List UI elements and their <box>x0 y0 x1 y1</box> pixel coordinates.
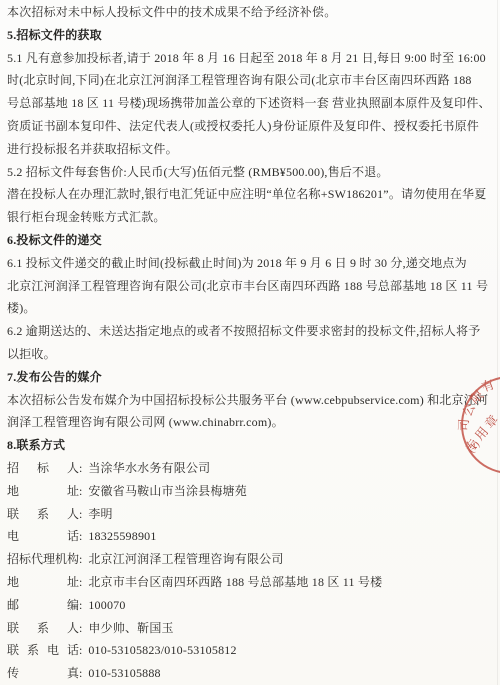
contact-colon: : <box>79 662 82 685</box>
contact-row-address: 地址:安徽省马鞍山市当涂县梅塘苑 <box>7 480 488 503</box>
doc-line: 银行柜台现金转账方式汇款。 <box>7 206 488 229</box>
doc-line: 号总部基地 18 区 11 号楼)现场携带加盖公章的下述资料一套 营业执照副本原… <box>7 92 488 115</box>
document-page: 本次招标对未中标人投标文件中的技术成果不给予经济补偿。 5.招标文件的获取 5.… <box>0 0 500 685</box>
contact-value: 北京市丰台区南四环西路 188 号总部基地 18 区 11 号楼 <box>88 575 382 589</box>
doc-line: 本次招标对未中标人投标文件中的技术成果不给予经济补偿。 <box>7 1 488 24</box>
doc-line: 润泽工程管理咨询有限公司网 (www.chinabrr.com)。 <box>7 411 488 434</box>
scan-edge-line <box>497 0 498 685</box>
contact-label: 联系人 <box>7 503 79 526</box>
contact-value: 李明 <box>88 507 112 521</box>
doc-line: 本次招标公告发布媒介为中国招标投标公共服务平台 (www.cebpubservi… <box>7 389 488 412</box>
contact-value: 安徽省马鞍山市当涂县梅塘苑 <box>88 484 247 498</box>
contact-row-zipcode: 邮编:100070 <box>7 594 488 617</box>
contact-label: 地址 <box>7 480 79 503</box>
contact-row-agency-address: 地址:北京市丰台区南四环西路 188 号总部基地 18 区 11 号楼 <box>7 571 488 594</box>
contact-value: 010-53105823/010-53105812 <box>88 643 236 657</box>
contact-colon: : <box>79 594 82 617</box>
contact-row-tenderee: 招标人:当涂华水水务有限公司 <box>7 457 488 480</box>
contact-value: 申少帅、靳国玉 <box>88 621 173 635</box>
doc-line: 5.1 凡有意参加投标者,请于 2018 年 8 月 16 日起至 2018 年… <box>7 47 488 70</box>
contact-colon: : <box>79 457 82 480</box>
doc-line: 6.2 逾期送达的、未送达指定地点的或者不按照招标文件要求密封的投标文件,招标人… <box>7 320 488 343</box>
doc-line: 楼)。 <box>7 297 488 320</box>
contact-label: 联系电话 <box>7 639 79 662</box>
contact-label: 邮编 <box>7 594 79 617</box>
contact-row-agency-phone: 联系电话:010-53105823/010-53105812 <box>7 639 488 662</box>
contact-colon: : <box>79 503 82 526</box>
section-heading-5: 5.招标文件的获取 <box>7 24 488 47</box>
doc-line: 6.1 投标文件递交的截止时间(投标截止时间)为 2018 年 9 月 6 日 … <box>7 252 488 275</box>
contact-value: 18325598901 <box>88 529 156 543</box>
section-heading-8: 8.联系方式 <box>7 434 488 457</box>
contact-label: 传真 <box>7 662 79 685</box>
contact-row-agency: 招标代理机构:北京江河润泽工程管理咨询有限公司 <box>7 548 488 571</box>
section-heading-7: 7.发布公告的媒介 <box>7 366 488 389</box>
doc-line: 时(北京时间,下同)在北京江河润泽工程管理咨询有限公司(北京市丰台区南四环西路 … <box>7 69 488 92</box>
doc-line: 5.2 招标文件每套售价:人民币(大写)伍佰元整 (RMB¥500.00),售后… <box>7 161 488 184</box>
doc-line: 以拒收。 <box>7 343 488 366</box>
contact-colon: : <box>79 617 82 640</box>
doc-line: 潜在投标人在办理汇款时,银行电汇凭证中应注明“单位名称+SW186201”。请勿… <box>7 183 488 206</box>
contact-colon: : <box>79 480 82 503</box>
contact-label: 招标代理机构 <box>7 548 79 571</box>
contact-label: 电话 <box>7 525 79 548</box>
doc-line: 北京江河润泽工程管理咨询有限公司(北京市丰台区南四环西路 188 号总部基地 1… <box>7 275 488 298</box>
contact-value: 当涂华水水务有限公司 <box>88 461 210 475</box>
contact-row-person: 联系人:李明 <box>7 503 488 526</box>
contact-row-agency-person: 联系人:申少帅、靳国玉 <box>7 617 488 640</box>
contact-label: 联系人 <box>7 617 79 640</box>
contact-colon: : <box>79 548 82 571</box>
contact-row-fax: 传真:010-53105888 <box>7 662 488 685</box>
contact-label: 招标人 <box>7 457 79 480</box>
section-heading-6: 6.投标文件的递交 <box>7 229 488 252</box>
contact-value: 北京江河润泽工程管理咨询有限公司 <box>88 552 283 566</box>
contact-value: 010-53105888 <box>88 666 160 680</box>
contact-colon: : <box>79 571 82 594</box>
contact-value: 100070 <box>88 598 125 612</box>
doc-line: 资质证书副本复印件、法定代表人(或授权委托人)身份证原件及复印件、授权委托书原件 <box>7 115 488 138</box>
contact-label: 地址 <box>7 571 79 594</box>
contact-colon: : <box>79 639 82 662</box>
doc-line: 进行投标报名并获取招标文件。 <box>7 138 488 161</box>
contact-row-phone: 电话:18325598901 <box>7 525 488 548</box>
contact-colon: : <box>79 525 82 548</box>
